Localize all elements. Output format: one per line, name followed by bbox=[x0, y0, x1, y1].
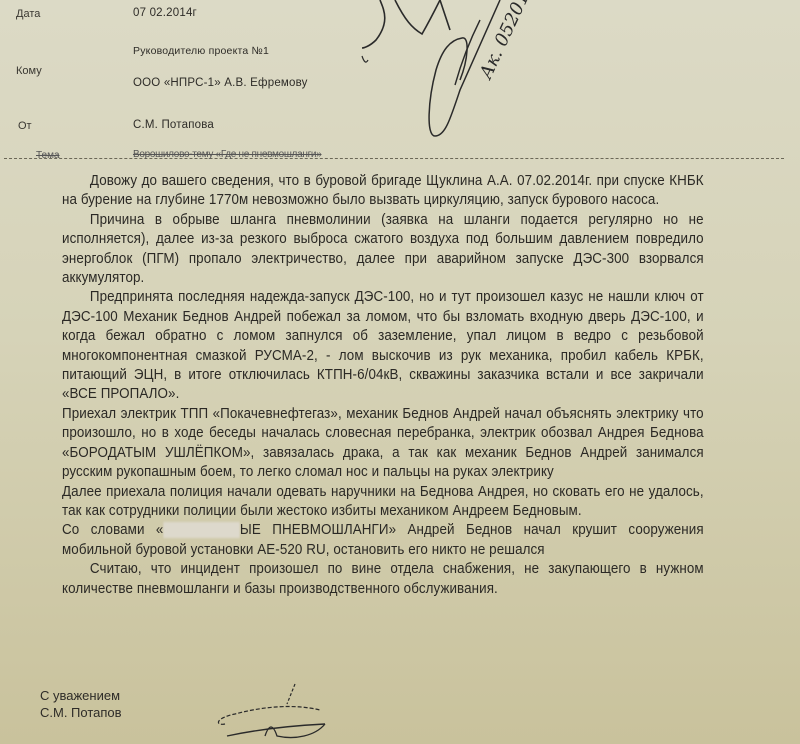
paragraph-6-prefix: Со словами « bbox=[62, 522, 163, 538]
scanned-letter: Дата 07 02.2014г Кому Руководителю проек… bbox=[0, 0, 800, 744]
paragraph-1: Довожу до вашего сведения, что в буровой… bbox=[62, 172, 704, 211]
handwritten-note: Ак. 052014 bbox=[475, 0, 539, 84]
date-label: Дата bbox=[16, 8, 40, 20]
paragraph-3: Предпринята последняя надежда-запуск ДЭС… bbox=[62, 288, 704, 404]
subject-value: Ворошилово-тему «Где не пневмошланги» bbox=[133, 149, 321, 160]
paragraph-7: Считаю, что инцидент произошел по вине о… bbox=[62, 560, 704, 599]
to-label: Кому bbox=[16, 65, 42, 77]
paragraph-2: Причина в обрыве шланга пневмолинии (зая… bbox=[62, 211, 704, 289]
date-value: 07 02.2014г bbox=[133, 7, 197, 19]
signature-bottom-icon bbox=[205, 680, 345, 744]
subject-label: Тема bbox=[36, 150, 60, 161]
paragraph-6: Со словами «ГДЕ НОВЫЕ ПНЕВМОШЛАНГИ» Андр… bbox=[62, 521, 704, 560]
paragraph-4: Приехал электрик ТПП «Покачевнефтегаз», … bbox=[62, 405, 704, 483]
to-line-2: ООО «НПРС-1» А.В. Ефремову bbox=[133, 77, 308, 89]
from-label: От bbox=[18, 120, 32, 132]
closing-block: С уважением С.М. Потапов bbox=[40, 687, 122, 721]
paragraph-5: Далее приехала полиция начали одевать на… bbox=[62, 483, 704, 522]
from-value: С.М. Потапова bbox=[133, 119, 214, 131]
closing-signatory: С.М. Потапов bbox=[40, 704, 122, 721]
signature-top-icon: Ак. 052014 bbox=[350, 0, 550, 145]
closing-regards: С уважением bbox=[40, 687, 122, 704]
redacted-text: ГДЕ НОВ bbox=[163, 522, 239, 538]
to-line-1: Руководителю проекта №1 bbox=[133, 45, 269, 57]
subject-divider bbox=[4, 158, 784, 160]
letter-body: Довожу до вашего сведения, что в буровой… bbox=[62, 172, 704, 599]
